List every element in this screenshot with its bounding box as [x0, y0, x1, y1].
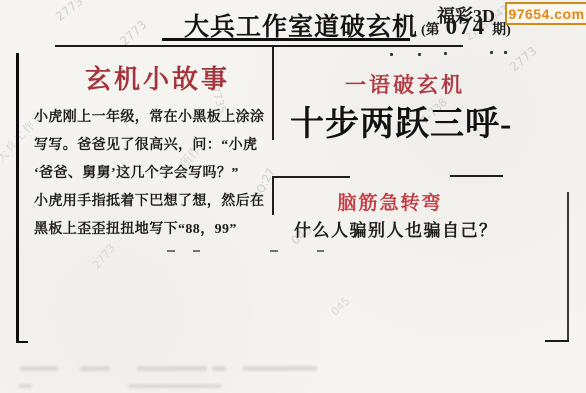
scan-smudge: [18, 384, 32, 388]
scan-noise-fragment: 045: [328, 295, 352, 319]
scan-smudge: [137, 366, 207, 371]
story-line: ‘爸爸、舅舅’这几个字会写吗？”: [34, 160, 270, 188]
ink-dot: [504, 51, 507, 54]
issue-prefix: (第: [421, 19, 440, 39]
scan-smudge: [20, 366, 58, 371]
scan-smudge: [128, 384, 222, 388]
scan-noise-fragment: 2773: [53, 0, 86, 24]
scan-smudge: [243, 366, 317, 371]
outer-border-left: [16, 53, 19, 343]
scan-smudge: [212, 366, 226, 371]
riddle-question: 什么人骗别人也骗自己？: [294, 216, 498, 241]
ink-dash: [270, 250, 278, 252]
header-rule: [55, 45, 463, 47]
issue-number: 074: [446, 14, 487, 40]
scan-noise-fragment: 2773: [507, 44, 539, 74]
mystery-phrase: 十步两跃三呼-: [290, 96, 512, 145]
riddle-section-title: 脑筋急转弯: [322, 188, 458, 215]
scanned-page: 2773 27735 2773 7-738 045 QQ:27 2773 大兵工…: [0, 0, 586, 393]
scan-smudge: [80, 366, 110, 371]
scan-noise-fragment: 2773: [90, 242, 118, 272]
ink-dot: [418, 53, 421, 56]
ink-dash: [167, 250, 175, 252]
riddle-box-corner-horizontal: [272, 176, 350, 178]
outer-border-right: [567, 192, 569, 342]
riddle-box-rule-segment: [450, 175, 503, 177]
outer-border-left-foot: [16, 341, 28, 343]
ink-dot: [390, 53, 393, 56]
outer-border-right-foot: [545, 340, 569, 342]
ink-dot: [490, 51, 493, 54]
site-watermark-box: 97654.com: [505, 2, 586, 25]
column-divider: [272, 46, 274, 140]
site-watermark-text: 97654.com: [508, 6, 584, 22]
ink-dot: [444, 52, 447, 55]
story-text: 小虎刚上一年级，常在小黑板上涂涂 写写。爸爸见了很高兴，问：“小虎 ‘爸爸、舅舅…: [34, 104, 270, 244]
story-line: 小虎用手指抵着下巴想了想，然后在: [34, 188, 270, 216]
story-line: 黑板上歪歪扭扭地写下“88，99”: [34, 216, 270, 244]
ink-dash: [317, 250, 324, 252]
title-underline: [162, 38, 410, 41]
scan-noise-fragment: 2773: [117, 18, 149, 49]
issue-line: (第 074 期): [421, 14, 511, 40]
story-section-title: 玄机小故事: [80, 59, 235, 96]
riddle-box-corner-vertical: [272, 177, 274, 215]
mystery-section-title: 一语破玄机: [330, 69, 480, 99]
story-line: 小虎刚上一年级，常在小黑板上涂涂: [34, 104, 270, 132]
ink-dash: [193, 250, 200, 252]
story-line: 写写。爸爸见了很高兴，问：“小虎: [34, 132, 270, 160]
